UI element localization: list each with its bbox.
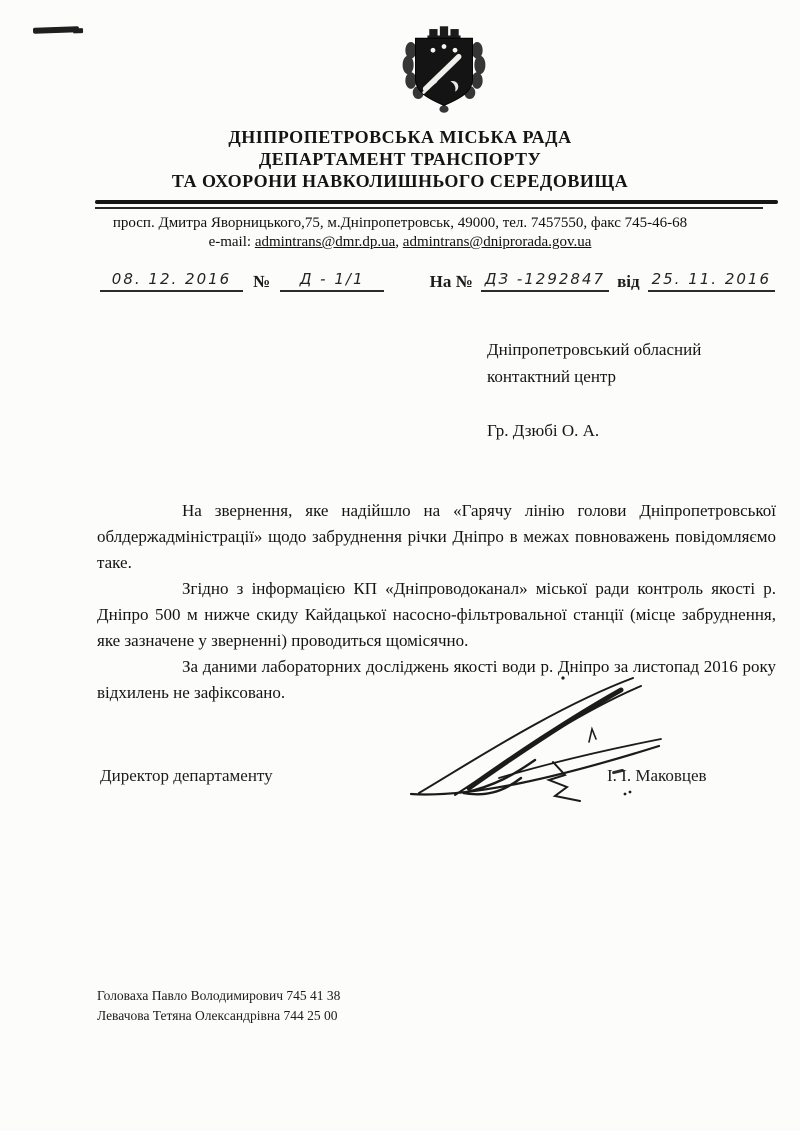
outgoing-number-handwritten: Д - 1/1	[300, 270, 365, 288]
email-address-1: admintrans@dmr.dp.ua	[255, 234, 395, 250]
recipient-org-line2: контактний центр	[487, 363, 767, 390]
scan-artifact-mark	[33, 26, 79, 34]
outgoing-number-field: Д - 1/1	[280, 270, 384, 292]
body-paragraph-2: Згідно з інформацією КП «Дніпроводоканал…	[97, 576, 776, 654]
recipient-person: Гр. Дзюбі О. А.	[487, 417, 767, 444]
email-address-2: admintrans@dniprorada.gov.ua	[403, 234, 592, 250]
divider-thin-line	[95, 207, 763, 209]
org-name-line2: ДЕПАРТАМЕНТ ТРАНСПОРТУ	[0, 148, 800, 170]
org-name-line3: ТА ОХОРОНИ НАВКОЛИШНЬОГО СЕРЕДОВИЩА	[0, 170, 800, 192]
address-line: просп. Дмитра Яворницького,75, м.Дніпроп…	[60, 214, 740, 233]
incoming-date-handwritten: 25. 11. 2016	[652, 270, 771, 288]
outgoing-date-field: 08. 12. 2016	[100, 270, 243, 292]
signer-name: І. І. Маковцев	[607, 766, 707, 786]
letterhead-divider	[95, 200, 778, 209]
crown-icon	[427, 26, 460, 38]
reply-to-label: На №	[430, 272, 473, 292]
recipient-block: Дніпропетровський обласний контактний це…	[487, 336, 767, 444]
letterhead: ДНІПРОПЕТРОВСЬКА МІСЬКА РАДА ДЕПАРТАМЕНТ…	[0, 126, 800, 192]
incoming-number-handwritten: ДЗ -1292847	[485, 270, 605, 288]
footer-contacts: Головаха Павло Володимирович 745 41 38 Л…	[97, 986, 517, 1026]
incoming-reference: На № ДЗ -1292847 від 25. 11. 2016	[430, 270, 775, 292]
footer-contact-1: Головаха Павло Володимирович 745 41 38	[97, 986, 517, 1006]
footer-contact-2: Левачова Тетяна Олександрівна 744 25 00	[97, 1006, 517, 1026]
org-name-line1: ДНІПРОПЕТРОВСЬКА МІСЬКА РАДА	[0, 126, 800, 148]
outgoing-date-handwritten: 08. 12. 2016	[112, 270, 231, 288]
incoming-number-field: ДЗ -1292847	[481, 270, 609, 292]
reference-row: 08. 12. 2016 № Д - 1/1 На № ДЗ -1292847 …	[100, 262, 775, 292]
body-paragraph-1: На звернення, яке надійшло на «Гарячу лі…	[97, 498, 776, 576]
handwritten-signature	[403, 666, 675, 808]
recipient-spacer	[487, 390, 767, 417]
contact-block: просп. Дмитра Яворницького,75, м.Дніпроп…	[60, 214, 740, 252]
scanned-letter-page: ДНІПРОПЕТРОВСЬКА МІСЬКА РАДА ДЕПАРТАМЕНТ…	[0, 0, 800, 1131]
outgoing-reference: 08. 12. 2016 № Д - 1/1	[100, 270, 384, 292]
email-separator: ,	[395, 234, 399, 250]
email-line: e-mail: admintrans@dmr.dp.ua, admintrans…	[60, 233, 740, 252]
incoming-date-field: 25. 11. 2016	[648, 270, 775, 292]
signer-title: Директор департаменту	[100, 766, 273, 786]
recipient-org-line1: Дніпропетровський обласний	[487, 336, 767, 363]
divider-thick-line	[95, 200, 778, 204]
from-date-label: від	[617, 272, 640, 292]
email-label: e-mail:	[209, 234, 251, 250]
coat-of-arms-emblem	[398, 26, 490, 114]
number-sign: №	[253, 272, 270, 292]
